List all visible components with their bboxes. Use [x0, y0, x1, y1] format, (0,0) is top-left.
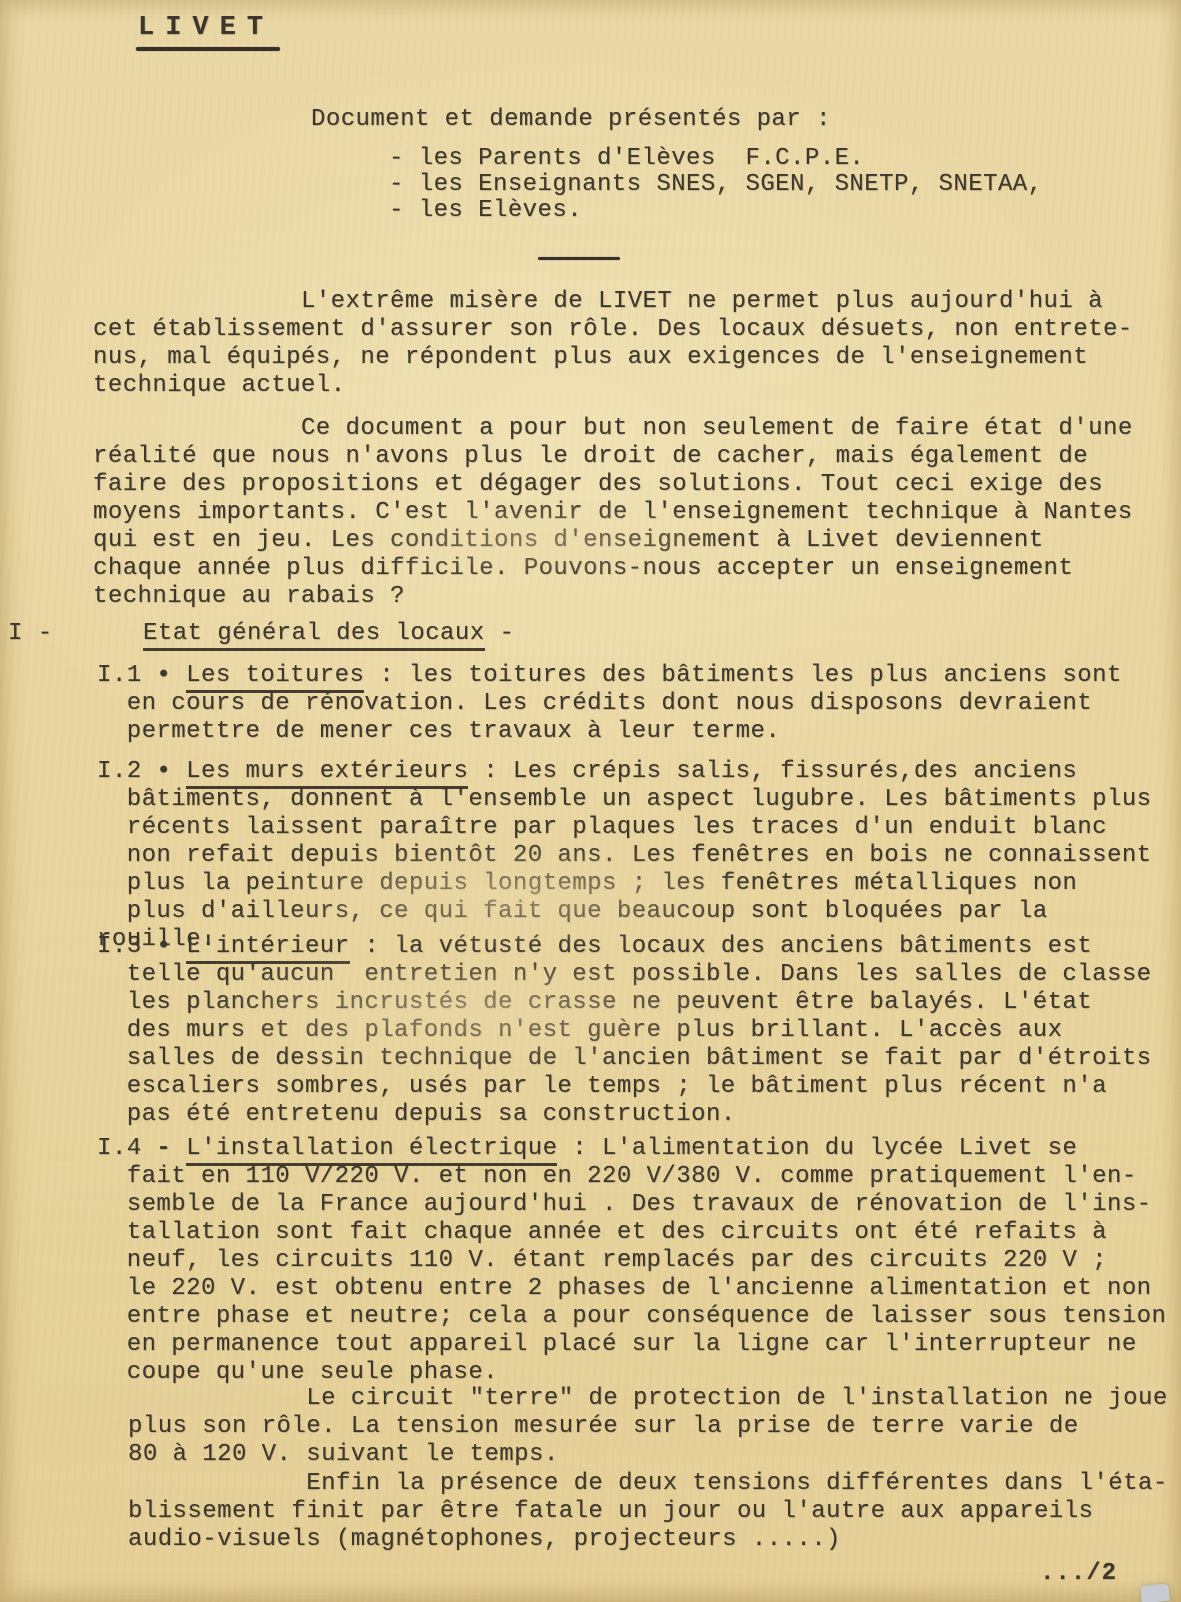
section-item-murs-exterieurs: I.2 • Les murs extérieurs : Les crépis s…	[97, 758, 1181, 954]
document-title: LIVET	[138, 13, 274, 43]
item-title: L'installation électrique	[186, 1135, 557, 1166]
presenter-label: les Enseignants SNES, SGEN, SNETP, SNETA…	[419, 171, 1043, 198]
item-body: : L'alimentation du lycée Livet se fait …	[97, 1135, 1166, 1386]
dash-bullet: -	[389, 197, 404, 224]
section-divider	[538, 257, 620, 260]
section-numeral: I -	[8, 620, 53, 648]
item-number: I.3	[97, 933, 142, 960]
intro-paragraph-1: L'extrême misère de LIVET ne permet plus…	[93, 288, 1133, 400]
item-marker: -	[156, 1135, 171, 1162]
presenters-list: - les Parents d'Elèves F.C.P.E. - les En…	[389, 146, 1043, 224]
presented-by-intro: Document et demande présentés par :	[311, 106, 831, 134]
page-marker: .../2	[1040, 1560, 1117, 1588]
item-title: Les murs extérieurs	[186, 758, 468, 789]
presenter-item: - les Parents d'Elèves F.C.P.E.	[389, 145, 864, 172]
presenter-label: les Parents d'Elèves F.C.P.E.	[419, 145, 865, 172]
presenter-item: - les Enseignants SNES, SGEN, SNETP, SNE…	[389, 171, 1043, 198]
item-number: I.2	[97, 758, 142, 785]
item-number: I.4	[97, 1135, 142, 1162]
section-item-installation-electrique: I.4 - L'installation électrique : L'alim…	[97, 1135, 1166, 1387]
section-title-suffix: -	[485, 620, 515, 647]
section-heading: Etat général des locaux -	[143, 620, 514, 648]
scanned-document-page: { "document": { "title": "LIVET", "page_…	[0, 0, 1181, 1602]
dash-bullet: -	[389, 171, 404, 198]
item-title: Les toitures	[186, 662, 364, 693]
item-number: I.1	[97, 662, 142, 689]
section-title: Etat général des locaux	[143, 620, 485, 651]
presenter-item: - les Elèves.	[389, 197, 582, 224]
dash-bullet: -	[389, 145, 404, 172]
item-marker: •	[156, 933, 171, 960]
closing-paragraph-terre: Le circuit "terre" de protection de l'in…	[128, 1385, 1168, 1469]
presenter-label: les Elèves.	[419, 197, 582, 224]
section-item-toitures: I.1 • Les toitures : les toitures des bâ…	[97, 662, 1122, 746]
paper-corner-spot	[1140, 1584, 1170, 1602]
item-marker: •	[156, 758, 171, 785]
item-body: : la vétusté des locaux des anciens bâti…	[97, 933, 1152, 1128]
item-marker: •	[156, 662, 171, 689]
item-body: : Les crépis salis, fissurés,des anciens…	[97, 758, 1152, 953]
title-underline	[136, 47, 280, 51]
section-item-interieur: I.3 • L'intérieur : la vétusté des locau…	[97, 933, 1152, 1129]
closing-paragraph-enfin: Enfin la présence de deux tensions diffé…	[128, 1470, 1168, 1554]
item-title: L'intérieur	[186, 933, 349, 964]
intro-paragraph-2: Ce document a pour but non seulement de …	[93, 415, 1133, 611]
